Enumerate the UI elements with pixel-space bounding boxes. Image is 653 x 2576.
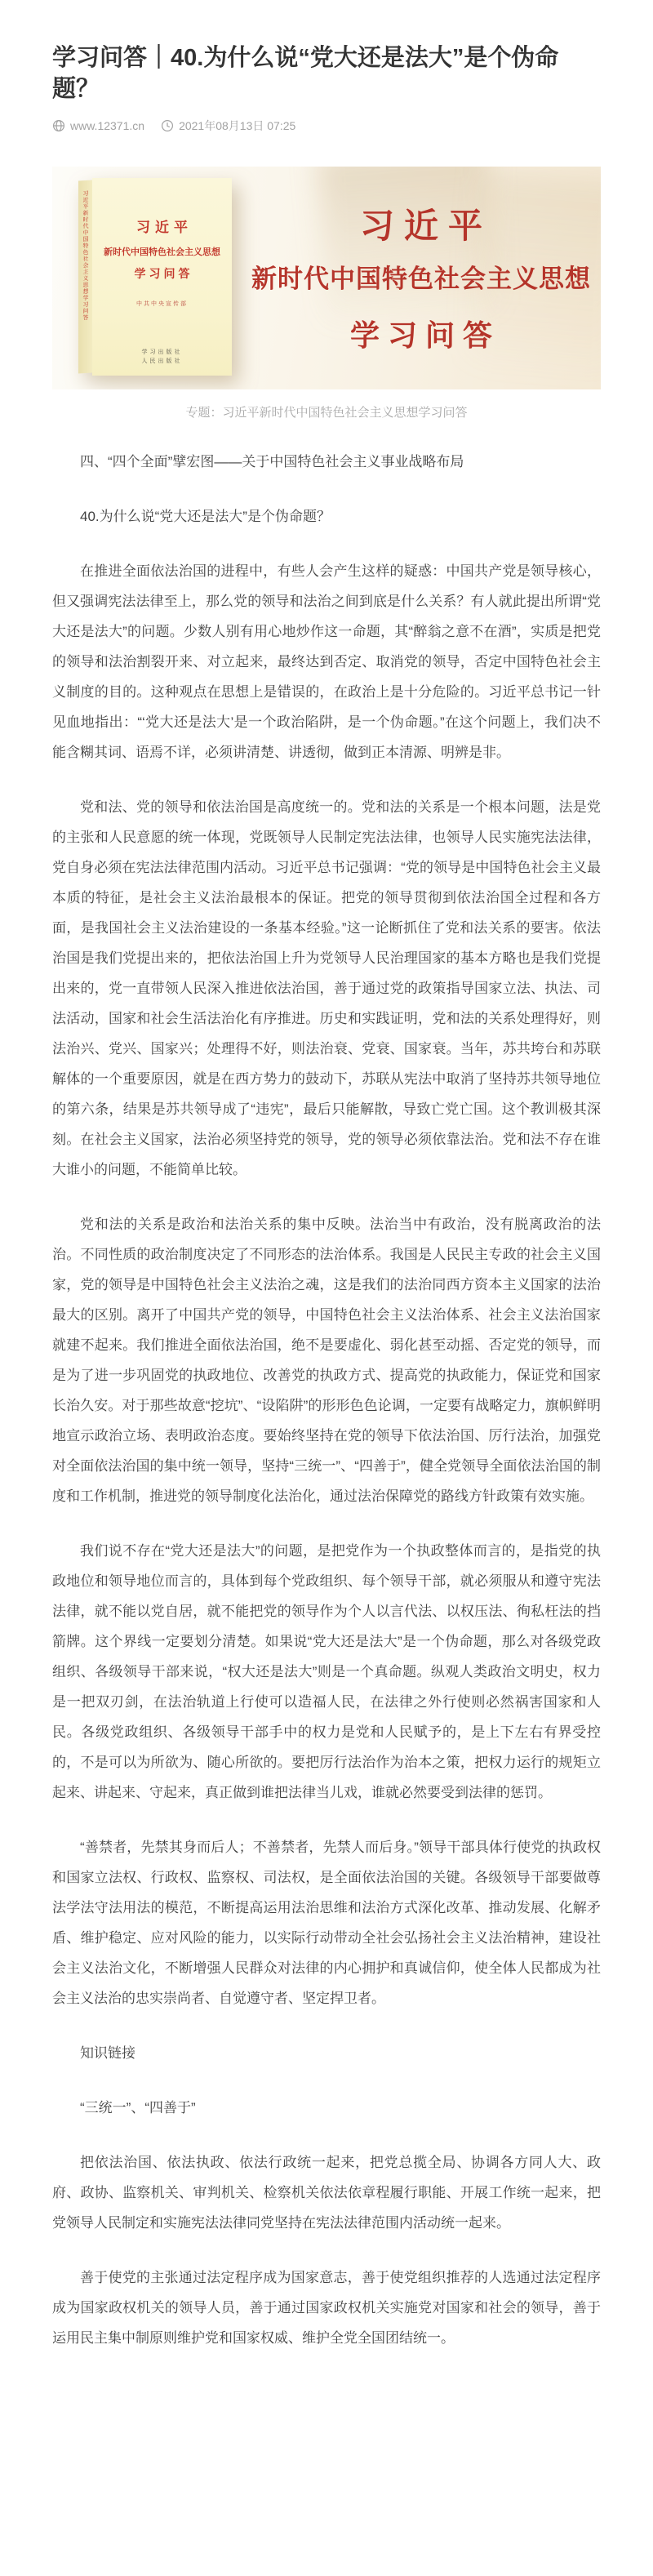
meta-source-text: www.12371.cn <box>70 119 144 132</box>
book-front-cover: 习近平 新时代中国特色社会主义思想 学习问答 中共中央宣传部 学习出版社 人民出… <box>92 178 232 376</box>
book-spine: 习近平新时代中国特色社会主义思想学习问答 <box>78 180 92 374</box>
book-cover: 习近平新时代中国特色社会主义思想学习问答 习近平 新时代中国特色社会主义思想 学… <box>78 178 232 376</box>
body-paragraph: “善禁者，先禁其身而后人；不善禁者，先禁人而后身。”领导干部具体行使党的执政权和… <box>52 1832 601 2013</box>
question-heading: 40.为什么说“党大还是法大”是个伪命题？ <box>52 501 601 532</box>
book-cover-editor: 中共中央宣传部 <box>136 300 188 308</box>
knowledge-paragraph: 善于使党的主张通过法定程序成为国家意志，善于使党组织推荐的人选通过法定程序成为国… <box>52 2262 601 2353</box>
article-page: 学习问答｜40.为什么说“党大还是法大”是个伪命题？ www.12371.cn <box>0 0 653 2402</box>
book-cover-title-line3: 学习问答 <box>131 265 193 282</box>
book-spine-text: 习近平新时代中国特色社会主义思想学习问答 <box>82 190 89 321</box>
knowledge-link-subtitle: “三统一”、“四善于” <box>52 2093 601 2123</box>
article-body: 四、“四个全面”擘宏图——关于中国特色社会主义事业战略布局 40.为什么说“党大… <box>52 447 601 2353</box>
body-paragraph: 我们说不存在“党大还是法大”的问题，是把党作为一个执政整体而言的，是指党的执政地… <box>52 1536 601 1808</box>
meta-datetime: 2021年08月13日 07:25 <box>161 118 295 134</box>
book-publisher-line2: 人民出版社 <box>92 357 232 366</box>
hero-banner-line1: 习近平 <box>350 207 492 245</box>
page-title: 学习问答｜40.为什么说“党大还是法大”是个伪命题？ <box>52 42 601 105</box>
clock-icon <box>161 119 174 132</box>
book-cover-title-line1: 习近平 <box>131 216 193 236</box>
article-hero-image: 习近平新时代中国特色社会主义思想学习问答 习近平 新时代中国特色社会主义思想 学… <box>52 167 601 389</box>
image-caption: 专题：习近平新时代中国特色社会主义思想学习问答 <box>52 404 601 422</box>
hero-banner-line2: 新时代中国特色社会主义思想 <box>251 263 591 296</box>
hero-banner-text: 习近平 新时代中国特色社会主义思想 学习问答 <box>242 167 601 389</box>
knowledge-paragraph: 把依法治国、依法执政、依法行政统一起来，把党总揽全局、协调各方同人大、政府、政协… <box>52 2147 601 2238</box>
book-publisher-line1: 学习出版社 <box>92 348 232 357</box>
section-heading: 四、“四个全面”擘宏图——关于中国特色社会主义事业战略布局 <box>52 447 601 477</box>
book-cover-title-line2: 新时代中国特色社会主义思想 <box>104 245 220 258</box>
globe-icon <box>52 119 65 132</box>
article-meta: www.12371.cn 2021年08月13日 07:25 <box>52 118 601 134</box>
hero-banner-line3: 学习问答 <box>342 318 500 353</box>
body-paragraph: 在推进全面依法治国的进程中，有些人会产生这样的疑惑：中国共产党是领导核心，但又强… <box>52 556 601 767</box>
body-paragraph: 党和法的关系是政治和法治关系的集中反映。法治当中有政治，没有脱离政治的法治。不同… <box>52 1209 601 1511</box>
meta-datetime-text: 2021年08月13日 07:25 <box>179 118 295 134</box>
body-paragraph: 党和法、党的领导和依法治国是高度统一的。党和法的关系是一个根本问题，法是党的主张… <box>52 792 601 1185</box>
meta-source: www.12371.cn <box>52 119 144 132</box>
knowledge-link-label: 知识链接 <box>52 2038 601 2068</box>
book-cover-publishers: 学习出版社 人民出版社 <box>92 348 232 366</box>
